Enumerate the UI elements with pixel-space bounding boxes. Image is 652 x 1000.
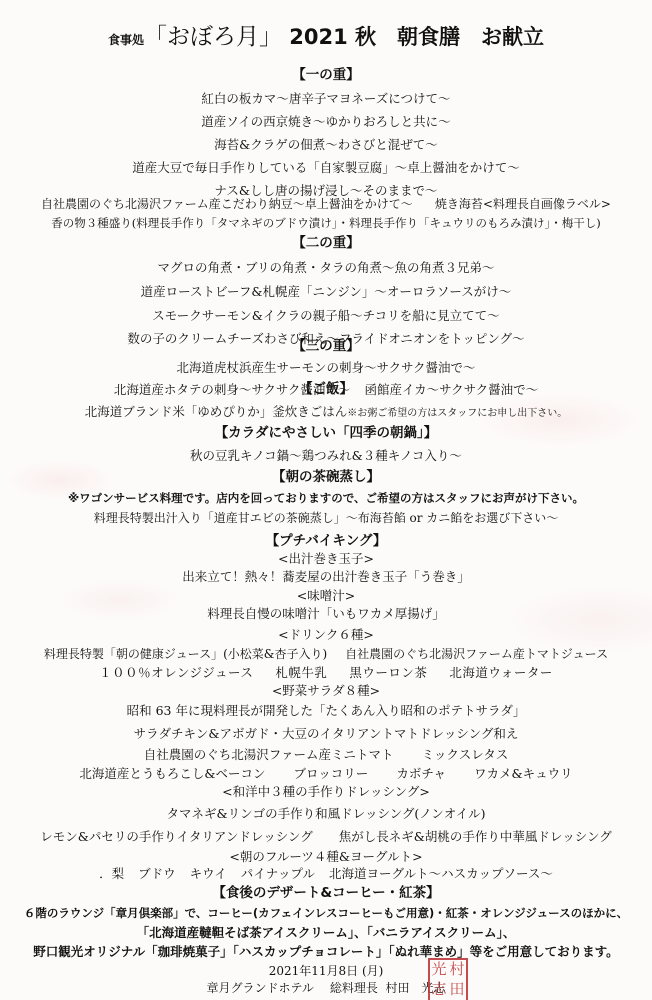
section-header-dessert: 【食後のデザート&コーヒー・紅茶】 <box>0 884 652 902</box>
stamp-char: 村 <box>448 960 466 980</box>
hotel-name: 章月グランドホテル <box>206 981 313 995</box>
dessert-line: 「北海道産韃靼そば茶アイスクリーム」、「バニラアイスクリーム」、 <box>0 925 652 941</box>
stamp-char: 志 <box>430 980 448 1000</box>
seal-stamp: 光 村 志 田 <box>428 958 468 1000</box>
dessert-line: 野口観光オリジナル「珈琲焼菓子」「ハスカップチョコレート」「ぬれ華まめ」等をご用… <box>0 944 652 960</box>
dessert-line: ６階のラウンジ「章月倶楽部」で、コーヒー(カフェインレスコーヒーもご用意)・紅茶… <box>0 905 652 921</box>
chef-role: 総料理長 <box>330 981 378 995</box>
footer-signature: 章月グランドホテル総料理長 村田 光志 <box>0 980 652 996</box>
footer-date: 2021年11月8日 (月) <box>0 963 652 979</box>
stamp-char: 田 <box>448 980 466 1000</box>
stamp-char: 光 <box>430 960 448 980</box>
dessert-footer-block: 【食後のデザート&コーヒー・紅茶】 ６階のラウンジ「章月倶楽部」で、コーヒー(カ… <box>0 0 652 1000</box>
